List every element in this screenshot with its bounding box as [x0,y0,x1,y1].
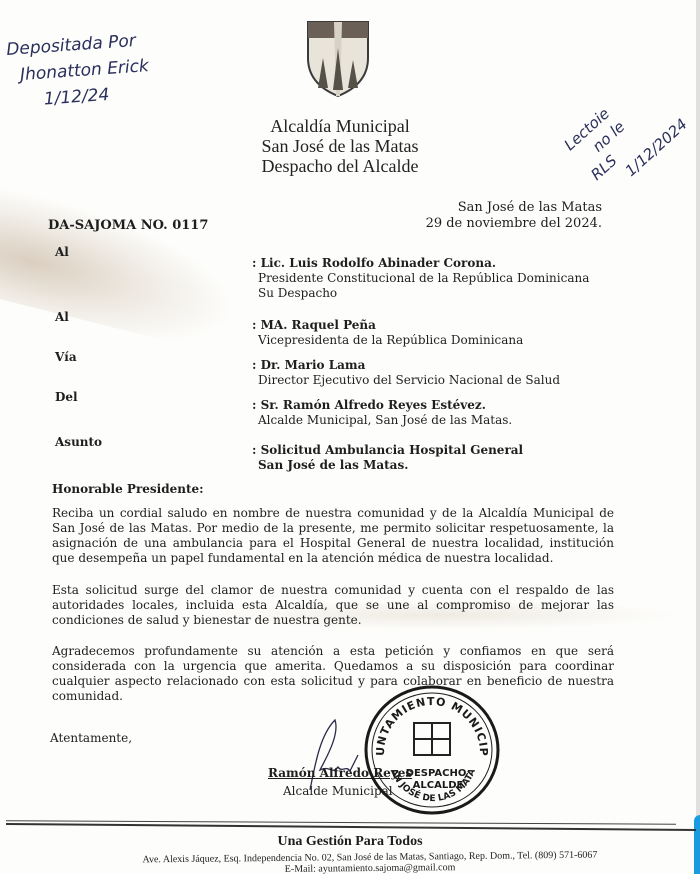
official-seal-icon: AYUNTAMIENTO MUNICIPAL DESPACHO ALCALDE … [362,683,502,818]
addressee-line: Director Ejecutivo del Servicio Nacional… [252,373,560,388]
date: 29 de noviembre del 2024. [426,216,602,232]
addressee-label: Vía [55,350,77,364]
addressee-line: Alcalde Municipal, San José de las Matas… [252,413,512,428]
handwritten-received-note: Lectoie no le RLS 1/12/2024 [560,70,692,200]
subject-text: : Solicitud Ambulancia Hospital General [252,443,523,458]
salutation: Honorable Presidente: [52,482,204,496]
closing: Atentamente, [50,731,132,745]
footer-motto: Una Gestión Para Todos [0,834,700,850]
body-paragraph: Reciba un cordial saludo en nombre de nu… [52,506,614,566]
addressee-name: : MA. Raquel Peña [252,318,523,333]
addressee-block: : Dr. Mario Lama Director Ejecutivo del … [252,358,560,388]
addressee-block: : MA. Raquel Peña Vicepresidenta de la R… [252,318,523,348]
addressee-line: Presidente Constitucional de la Repúblic… [252,271,589,286]
letter-page: Depositada Por Jhonatton Erick 1/12/24 L… [0,0,700,874]
letterhead-line: Despacho del Alcalde [200,156,480,176]
letterhead: Alcaldía Municipal San José de las Matas… [200,116,480,176]
signature-scribble-icon [300,715,370,795]
footer-address: Ave. Alexis Jáquez, Esq. Independencia N… [70,849,670,874]
handwritten-deposit-note: Depositada Por Jhonatton Erick 1/12/24 [5,27,151,115]
letterhead-line: San José de las Matas [200,136,480,156]
place-date: San José de las Matas 29 de noviembre de… [426,200,602,232]
addressee-name: : Lic. Luis Rodolfo Abinader Corona. [252,256,589,271]
addressee-line: Vicepresidenta de la República Dominican… [252,333,523,348]
addressee-block: : Sr. Ramón Alfredo Reyes Estévez. Alcal… [252,398,512,428]
letterhead-line: Alcaldía Municipal [200,116,480,136]
municipal-crest-icon [303,18,373,100]
addressee-name: : Dr. Mario Lama [252,358,560,373]
addressee-label: Del [55,390,78,404]
addressee-line: Su Despacho [252,286,589,301]
addressee-name: : Sr. Ramón Alfredo Reyes Estévez. [252,398,512,413]
svg-text:DESPACHO: DESPACHO [406,768,467,779]
addressee-block: : Lic. Luis Rodolfo Abinader Corona. Pre… [252,256,589,301]
body-paragraph: Esta solicitud surge del clamor de nuest… [52,583,614,628]
page-edge [696,0,700,874]
body-paragraph: Agradecemos profundamente su atención a … [52,644,614,704]
subject-line: San José de las Matas. [252,458,523,473]
place: San José de las Matas [426,200,602,216]
subject-label: Asunto [55,435,102,449]
reference-number: DA-SAJOMA NO. 0117 [48,218,208,233]
addressee-label: Al [55,310,69,324]
paper-stain [0,185,249,355]
addressee-label: Al [55,245,69,259]
subject-block: : Solicitud Ambulancia Hospital General … [252,443,523,473]
